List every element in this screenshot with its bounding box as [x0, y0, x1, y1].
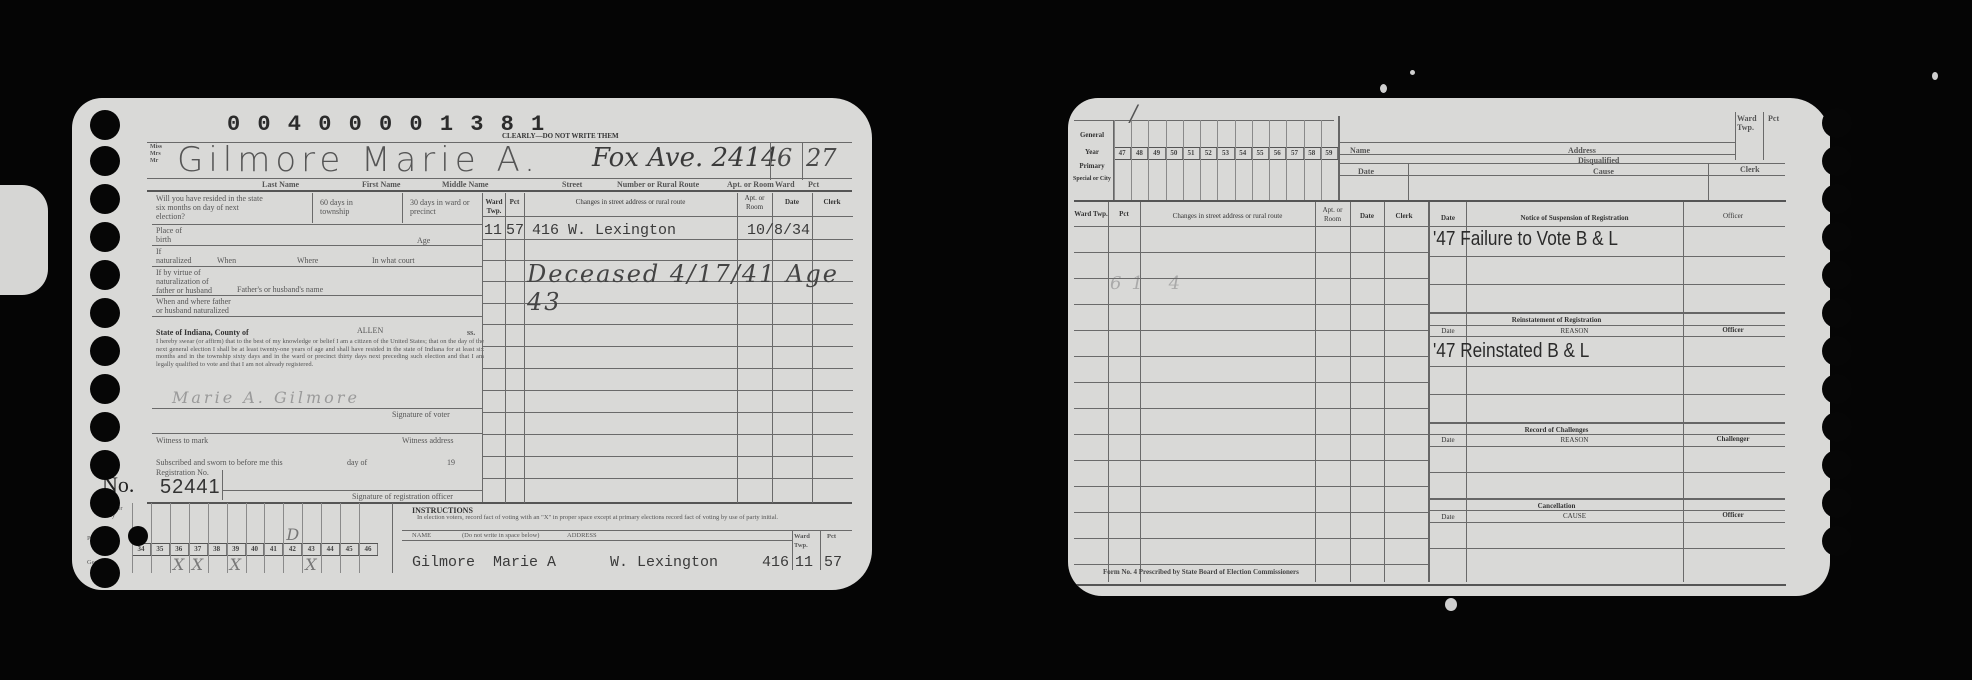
- pct-handwritten: 27: [806, 144, 837, 172]
- label-fathers-name: Father's or husband's name: [237, 285, 323, 294]
- label-day-of: day of: [347, 458, 367, 467]
- label-signature-officer: Signature of registration officer: [352, 492, 453, 501]
- label-pct: Pct: [808, 180, 819, 189]
- binder-hole: [90, 260, 120, 290]
- instructions-text: In election voters, record fact of votin…: [417, 514, 817, 521]
- binder-hole-small: [128, 526, 148, 546]
- canc-officer-label: Officer: [1683, 511, 1783, 520]
- binder-hole: [90, 146, 120, 176]
- row-date: 10/8/34: [747, 222, 810, 239]
- label-by-virtue: If by virtue of naturalization of father…: [156, 268, 226, 295]
- binder-hole: [90, 488, 120, 518]
- year-cell: 50: [1166, 148, 1183, 159]
- vr-r-label-year: Year: [1072, 148, 1112, 157]
- label-pct: Pct: [1768, 114, 1779, 123]
- year-cell: 44: [321, 544, 340, 555]
- binder-hole: [90, 336, 120, 366]
- binder-hole: [1822, 108, 1852, 138]
- label-in-what-court: In what court: [372, 256, 415, 265]
- registration-number: 52441: [160, 476, 221, 499]
- r-th-clerk: Clerk: [1384, 212, 1424, 221]
- binder-hole: [90, 298, 120, 328]
- typed-pct: 57: [824, 554, 842, 571]
- susp-officer-label: Officer: [1683, 212, 1783, 221]
- instr-address-label: ADDRESS: [567, 531, 597, 540]
- label-ward: Ward: [775, 180, 795, 189]
- binder-hole: [90, 110, 120, 140]
- binder-hole: [1822, 146, 1852, 176]
- binder-hole: [1822, 298, 1852, 328]
- binder-hole: [1822, 222, 1852, 252]
- chal-date-label: Date: [1430, 436, 1466, 445]
- label-state-county: State of Indiana, County of: [156, 328, 249, 337]
- label-number-route: Number or Rural Route: [617, 180, 699, 189]
- r-th-date: Date: [1350, 212, 1384, 221]
- label-first-name: First Name: [362, 180, 400, 189]
- form-footer: Form No. 4 Prescribed by State Board of …: [1103, 568, 1299, 577]
- general-mark: /: [1130, 102, 1137, 127]
- label-ss: ss.: [467, 328, 475, 337]
- year-cell: 52: [1200, 148, 1217, 159]
- typed-number: 416: [762, 554, 789, 571]
- name-handwritten: Gilmore Marie A.: [177, 140, 540, 180]
- th-apt: Apt. or Room: [737, 194, 772, 212]
- label-if-naturalized: If naturalized: [156, 247, 196, 265]
- row-pct: 57: [506, 222, 524, 239]
- year-cell: 40: [246, 544, 265, 555]
- ward-handwritten: 6: [777, 144, 792, 172]
- label-place-of-birth: Place of birth: [156, 226, 196, 244]
- general-vote-mark: X: [305, 555, 316, 574]
- binder-hole: [1822, 526, 1852, 556]
- voter-signature: Marie A. Gilmore: [172, 388, 360, 407]
- th-clerk: Clerk: [812, 198, 852, 207]
- label-witness-mark: Witness to mark: [156, 436, 208, 445]
- deceased-note: Deceased 4/17/41 Age 43: [527, 260, 872, 316]
- binder-hole: [90, 222, 120, 252]
- row-ward: 11: [484, 222, 502, 239]
- binder-hole: [1822, 412, 1852, 442]
- binder-hole: [1822, 260, 1852, 290]
- label-60-days: 60 days in township: [320, 198, 370, 216]
- year-cell: 35: [151, 544, 170, 555]
- challenges-title: Record of Challenges: [1430, 426, 1683, 434]
- th-pct: Pct: [505, 198, 524, 207]
- label-street: Street: [562, 180, 582, 189]
- typed-street: W. Lexington: [610, 554, 718, 571]
- reinst-officer-label: Officer: [1683, 326, 1783, 335]
- general-vote-mark: X: [173, 555, 184, 574]
- year-cell: 39: [227, 544, 246, 555]
- label-signature-voter: Signature of voter: [392, 410, 450, 419]
- primary-vote-mark: D: [286, 525, 299, 544]
- row-address: 416 W. Lexington: [532, 222, 676, 239]
- label-year-19: 19: [447, 458, 455, 467]
- chal-challenger-label: Challenger: [1683, 435, 1783, 444]
- binder-hole: [1822, 374, 1852, 404]
- title-prefix: Miss Mrs Mr: [150, 144, 168, 165]
- canc-cause-label: CAUSE: [1466, 512, 1683, 521]
- binder-hole: [90, 526, 120, 556]
- label-age: Age: [417, 236, 430, 245]
- r-th-apt: Apt. or Room: [1315, 206, 1350, 224]
- dust-speck: [1932, 72, 1938, 80]
- typed-name: Gilmore Marie A: [412, 554, 556, 571]
- address-handwritten: Fox Ave. 2414: [592, 143, 778, 173]
- suspension-entry: '47 Failure to Vote B & L: [1433, 228, 1618, 251]
- r-th-ward: Ward Twp.: [1074, 210, 1108, 219]
- year-cell: 37: [189, 544, 208, 555]
- year-cell: 54: [1235, 148, 1252, 159]
- vr-r-label-primary: Primary: [1072, 162, 1112, 171]
- year-cell: 51: [1183, 148, 1200, 159]
- label-30-days: 30 days in ward or precinct: [410, 198, 480, 216]
- year-cell: 42: [283, 544, 302, 555]
- year-cell: 57: [1286, 148, 1303, 159]
- year-cell: 59: [1321, 148, 1338, 159]
- voter-registration-card-front: 0 0 4 0 0 0 0 1 3 8 1 CLEARLY—DO NOT WRI…: [72, 98, 872, 590]
- label-ward-twp: Ward Twp.: [1737, 114, 1761, 132]
- voter-registration-card-back: General Year Primary Special or City 474…: [1068, 98, 1830, 596]
- r-th-pct: Pct: [1108, 210, 1140, 219]
- label-witness-address: Witness address: [402, 436, 453, 445]
- binder-hole: [90, 184, 120, 214]
- general-vote-mark: X: [192, 555, 203, 574]
- year-cell: 49: [1148, 148, 1165, 159]
- voting-record-grid-left: 34353637383940414243444546 XXXDX: [132, 503, 378, 573]
- label-last-name: Last Name: [262, 180, 299, 189]
- binder-hole: [90, 450, 120, 480]
- vr-r-label-special: Special or City: [1072, 176, 1112, 183]
- year-cell: 45: [340, 544, 359, 555]
- reinstatement-entry: '47 Reinstated B & L: [1433, 340, 1589, 363]
- year-cell: 46: [359, 544, 378, 555]
- binder-hole: [90, 558, 120, 588]
- th-date: Date: [772, 198, 812, 207]
- label-where: Where: [297, 256, 318, 265]
- instr-pct-label: Pct: [827, 532, 836, 541]
- binder-hole: [1822, 488, 1852, 518]
- year-cell: 36: [170, 544, 189, 555]
- label-middle-name: Middle Name: [442, 180, 488, 189]
- year-cell: 41: [264, 544, 283, 555]
- instr-name-label: NAME: [412, 531, 431, 540]
- voting-record-grid-right: 47484950515253545556575859: [1113, 120, 1338, 200]
- dust-speck: [1445, 598, 1457, 611]
- label-resided: Will you have resided in the state six m…: [156, 194, 264, 221]
- header-notice: CLEARLY—DO NOT WRITE THEM: [502, 132, 619, 140]
- dust-speck: [1410, 70, 1415, 75]
- th-changes: Changes in street address or rural route: [524, 198, 737, 207]
- county-value: ALLEN: [357, 326, 383, 335]
- reinst-date-label: Date: [1430, 327, 1466, 336]
- typed-ward: 11: [795, 554, 813, 571]
- vr-r-label-general: General: [1072, 131, 1112, 140]
- reinst-reason-label: REASON: [1466, 327, 1683, 336]
- adjacent-card-fragment: [0, 185, 48, 295]
- cancellation-title: Cancellation: [1430, 502, 1683, 510]
- year-cell: 47: [1114, 148, 1131, 159]
- binder-hole: [90, 412, 120, 442]
- instr-ward-label: Ward Twp.: [794, 532, 818, 550]
- chal-reason-label: REASON: [1466, 436, 1683, 445]
- label-dq-clerk: Clerk: [1740, 165, 1760, 174]
- year-cell: 43: [302, 544, 321, 555]
- year-cell: 38: [208, 544, 227, 555]
- faint-pencil-entry: 61 4: [1110, 273, 1190, 294]
- binder-hole: [90, 374, 120, 404]
- binder-hole: [1822, 450, 1852, 480]
- year-cell: 58: [1304, 148, 1321, 159]
- susp-title: Notice of Suspension of Registration: [1466, 214, 1683, 223]
- r-th-changes: Changes in street address or rural route: [1140, 212, 1315, 221]
- dust-speck: [1380, 84, 1387, 93]
- year-cell: 53: [1217, 148, 1234, 159]
- label-when: When: [217, 256, 236, 265]
- label-when-where-father: When and where father or husband natural…: [156, 297, 236, 315]
- oath-text: I hereby swear (or affirm) that to the b…: [156, 338, 484, 368]
- general-vote-mark: X: [230, 555, 241, 574]
- year-cell: 56: [1269, 148, 1286, 159]
- binder-hole: [1822, 336, 1852, 366]
- year-cell: 55: [1252, 148, 1269, 159]
- susp-date-label: Date: [1430, 214, 1466, 223]
- reinstatement-title: Reinstatement of Registration: [1430, 316, 1683, 324]
- label-subscribed: Subscribed and sworn to before me this: [156, 458, 283, 467]
- year-cell: 48: [1131, 148, 1148, 159]
- th-ward: Ward Twp.: [483, 198, 505, 216]
- canc-date-label: Date: [1430, 513, 1466, 522]
- serial-number: 0 0 4 0 0 0 0 1 3 8 1: [227, 112, 546, 137]
- label-apt-room: Apt. or Room: [727, 180, 774, 189]
- binder-hole: [1822, 184, 1852, 214]
- instr-do-not-write: (Do not write in space below): [462, 531, 539, 540]
